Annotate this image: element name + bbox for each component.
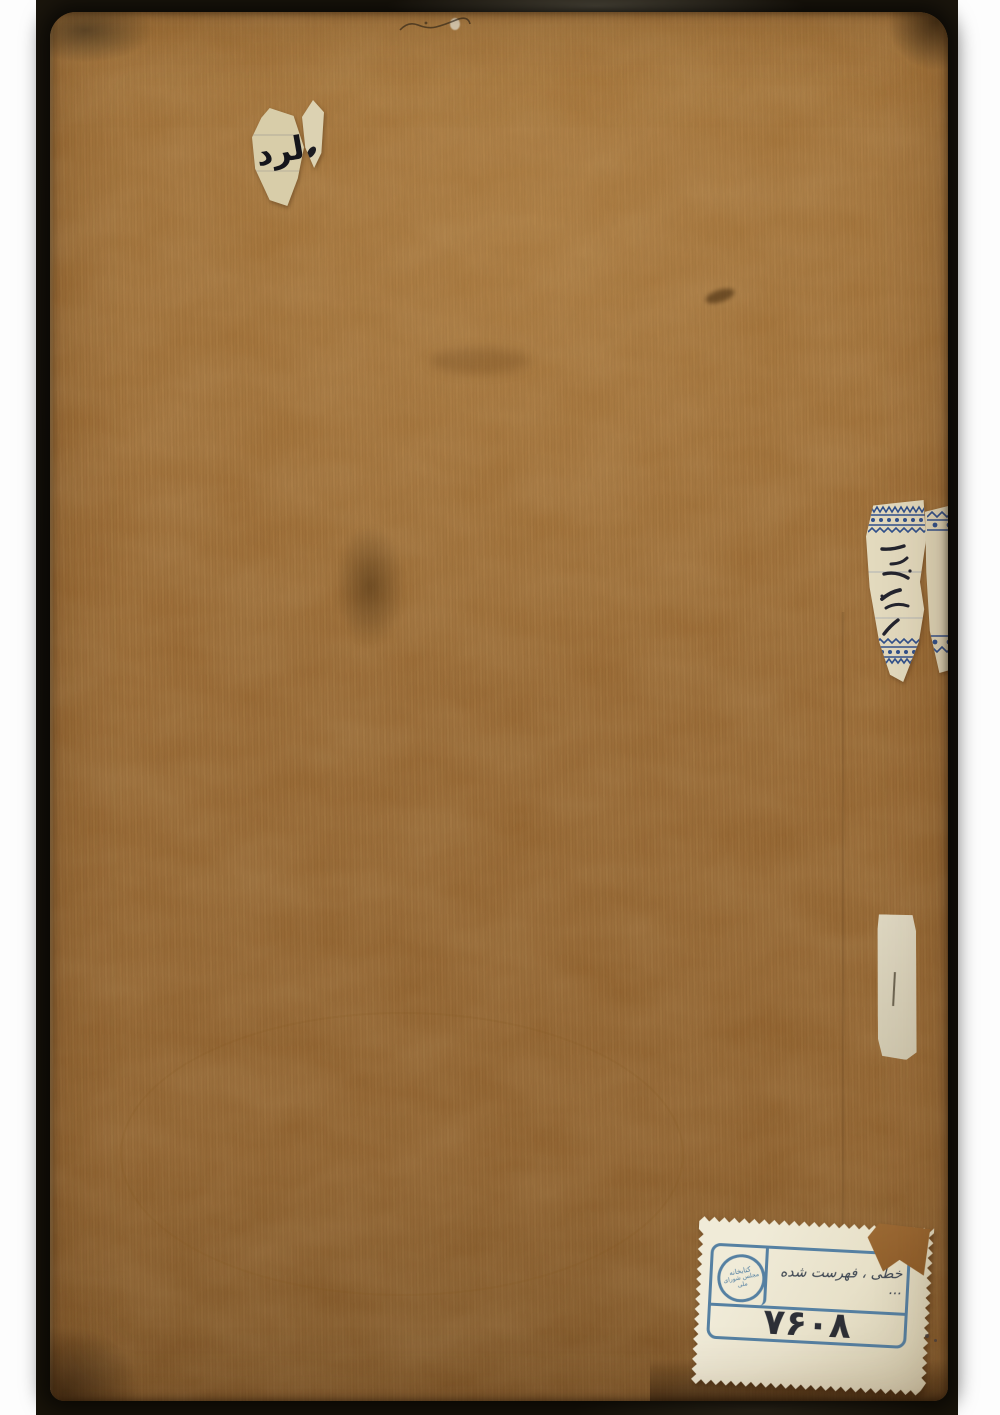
leather-cover: لرد	[50, 12, 948, 1401]
vertical-crease	[841, 612, 845, 1312]
top-edge-scribble	[396, 14, 476, 40]
ink-mark	[892, 972, 896, 1006]
ornament-band	[927, 510, 948, 540]
catalog-label: کتابخانه مجلس شورای ملی خطی ، فهرست شده …	[691, 1216, 934, 1396]
pressure-ring-mark	[120, 1012, 684, 1296]
seal-cell: کتابخانه مجلس شورای ملی	[711, 1246, 769, 1306]
fore-edge-highlight	[50, 12, 54, 1401]
catalog-number: ۷۶۰۸	[709, 1304, 904, 1346]
blank-label-strip	[876, 914, 919, 1061]
ink-speck	[925, 1334, 929, 1338]
illegible-handwriting	[870, 538, 922, 648]
ornament-band	[868, 505, 928, 535]
ink-speck	[934, 1339, 937, 1342]
seal-text-line2: مجلس شورای ملی	[720, 1272, 764, 1292]
scanned-book-cover: لرد	[0, 0, 1000, 1415]
library-seal: کتابخانه مجلس شورای ملی	[713, 1250, 769, 1306]
